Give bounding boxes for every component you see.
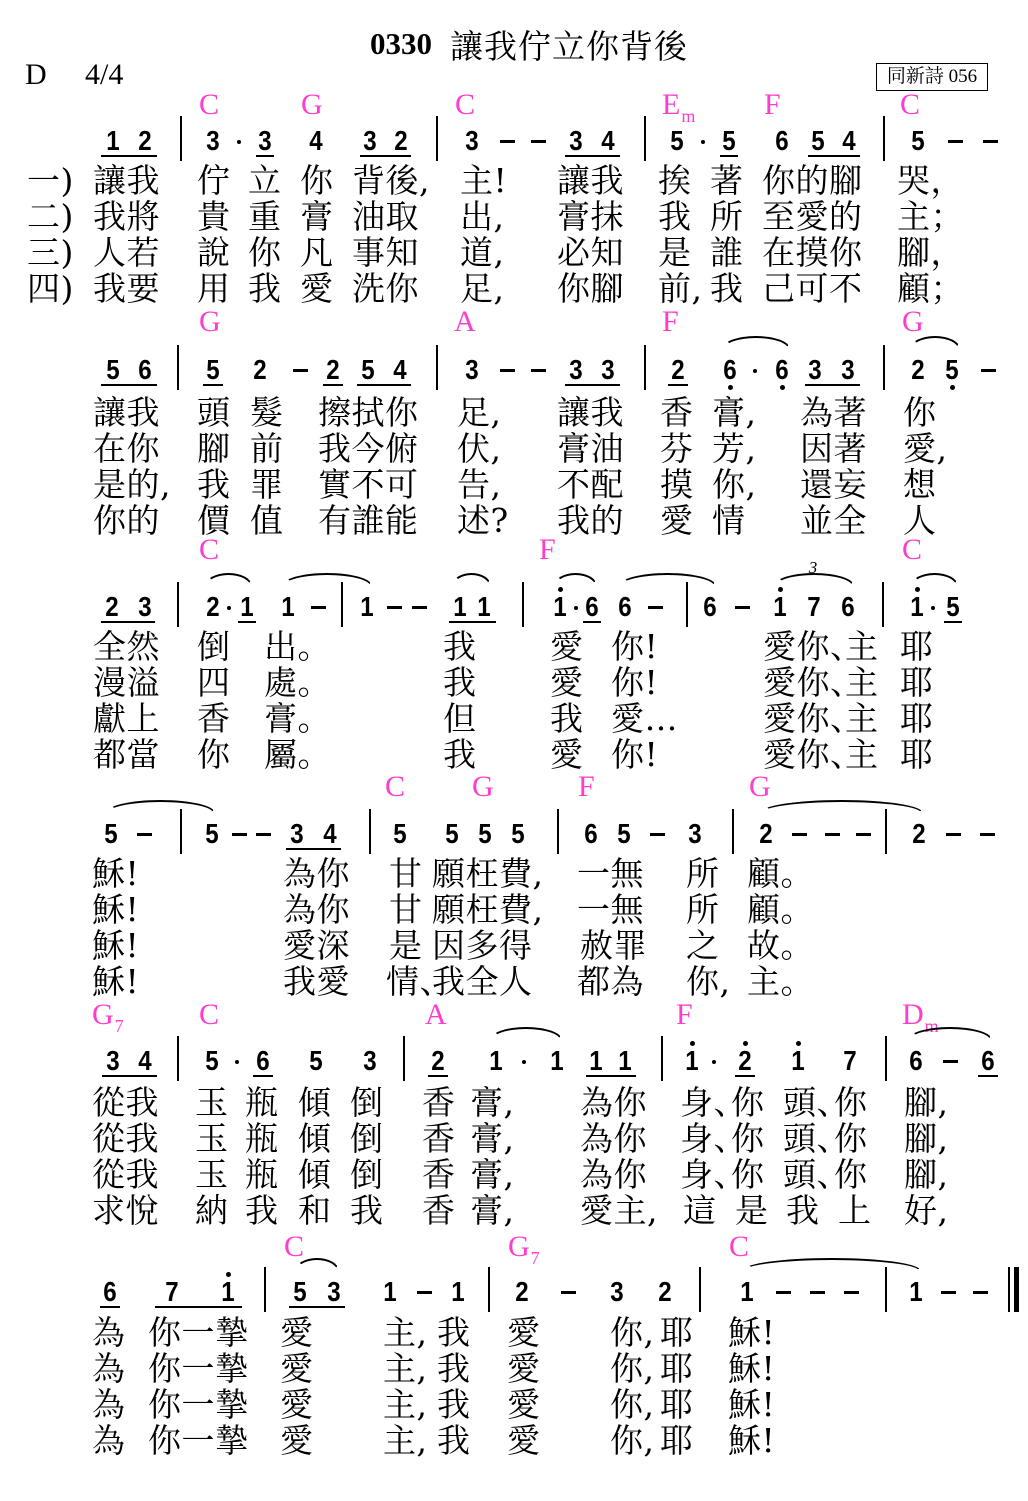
lyric-segment: 穌! xyxy=(728,1387,775,1423)
lyric-segment: 我 xyxy=(437,1387,471,1423)
note-digit: 1 xyxy=(448,1278,469,1306)
note-digit: 3 xyxy=(607,1278,628,1306)
note-digit: 1 xyxy=(218,1278,239,1306)
lyric-segment: 主, xyxy=(383,1423,428,1459)
sustain-dash xyxy=(810,1291,825,1294)
lyric-segment: 愛 xyxy=(507,1387,541,1423)
chord-root: C xyxy=(284,1230,304,1263)
barline xyxy=(488,1267,490,1312)
note-digit: 3 xyxy=(324,1278,345,1306)
lyric-segment: 你一摯 xyxy=(148,1387,249,1423)
slur-tie xyxy=(742,1258,921,1271)
chord-quality: 7 xyxy=(531,1248,540,1268)
lyric-segment: 愛 xyxy=(280,1423,314,1459)
lyric-segment: 穌! xyxy=(728,1315,775,1351)
lyric-segment: 主, xyxy=(383,1315,428,1351)
lyric-segment: 我 xyxy=(437,1423,471,1459)
lyric-segment: 愛 xyxy=(280,1315,314,1351)
chord-symbol: G7 xyxy=(508,1232,540,1265)
sustain-dash xyxy=(844,1291,859,1294)
note-digit: 1 xyxy=(380,1278,401,1306)
lyric-segment: 為 xyxy=(92,1315,126,1351)
lyric-segment: 穌! xyxy=(728,1423,775,1459)
underline-beam xyxy=(100,1306,120,1308)
lyric-segment: 你一摯 xyxy=(148,1315,249,1351)
hymn-sheet: 0330 讓我佇立你背後 D 4/4 同新詩 056 CGCEmFC123343… xyxy=(0,0,1028,1501)
sustain-dash xyxy=(973,1291,988,1294)
lyric-segment: 愛 xyxy=(280,1351,314,1387)
sustain-dash xyxy=(941,1291,956,1294)
sustain-dash xyxy=(561,1291,576,1294)
lyric-segment: 主, xyxy=(383,1351,428,1387)
note-digit: 7 xyxy=(162,1278,183,1306)
lyric-segment: 穌! xyxy=(728,1351,775,1387)
barline xyxy=(699,1267,701,1312)
lyric-segment: 你一摯 xyxy=(148,1351,249,1387)
lyric-segment: 我 xyxy=(437,1315,471,1351)
lyric-segment: 我 xyxy=(437,1351,471,1387)
chord-root: G xyxy=(508,1230,530,1263)
note-digit: 1 xyxy=(906,1278,927,1306)
lyric-segment: 愛 xyxy=(507,1315,541,1351)
lyric-segment: 你, xyxy=(610,1351,655,1387)
note-digit: 1 xyxy=(737,1278,758,1306)
note-digit: 5 xyxy=(290,1278,311,1306)
lyric-segment: 愛 xyxy=(280,1387,314,1423)
chord-root: C xyxy=(729,1230,749,1263)
lyric-segment: 你, xyxy=(610,1315,655,1351)
lyric-segment: 你, xyxy=(610,1387,655,1423)
underline-beam xyxy=(155,1306,242,1308)
note-digit: 6 xyxy=(100,1278,121,1306)
chord-symbol: C xyxy=(729,1232,749,1262)
lyric-segment: 愛 xyxy=(507,1423,541,1459)
underline-beam xyxy=(289,1306,345,1308)
sustain-dash xyxy=(776,1291,791,1294)
final-barline-thin xyxy=(1008,1267,1010,1312)
lyric-segment: 愛 xyxy=(507,1351,541,1387)
lyric-segment: 耶 xyxy=(660,1315,694,1351)
lyric-segment: 耶 xyxy=(660,1387,694,1423)
sustain-dash xyxy=(417,1291,432,1294)
lyric-segment: 耶 xyxy=(660,1423,694,1459)
system-6: CG7C671531123211為你一摯愛主,我愛你,耶穌!為你一摯愛主,我愛你… xyxy=(0,0,1028,1501)
final-barline-thick xyxy=(1014,1267,1019,1312)
lyric-segment: 為 xyxy=(92,1351,126,1387)
lyric-segment: 你一摯 xyxy=(148,1423,249,1459)
note-digit: 2 xyxy=(655,1278,676,1306)
lyric-segment: 你, xyxy=(610,1423,655,1459)
lyric-segment: 為 xyxy=(92,1387,126,1423)
octave-dot-high xyxy=(226,1272,231,1277)
note-digit: 2 xyxy=(512,1278,533,1306)
lyric-segment: 為 xyxy=(92,1423,126,1459)
lyric-segment: 耶 xyxy=(660,1351,694,1387)
barline xyxy=(264,1267,266,1312)
chord-symbol: C xyxy=(284,1232,304,1262)
lyric-segment: 主, xyxy=(383,1387,428,1423)
barline xyxy=(885,1267,887,1312)
